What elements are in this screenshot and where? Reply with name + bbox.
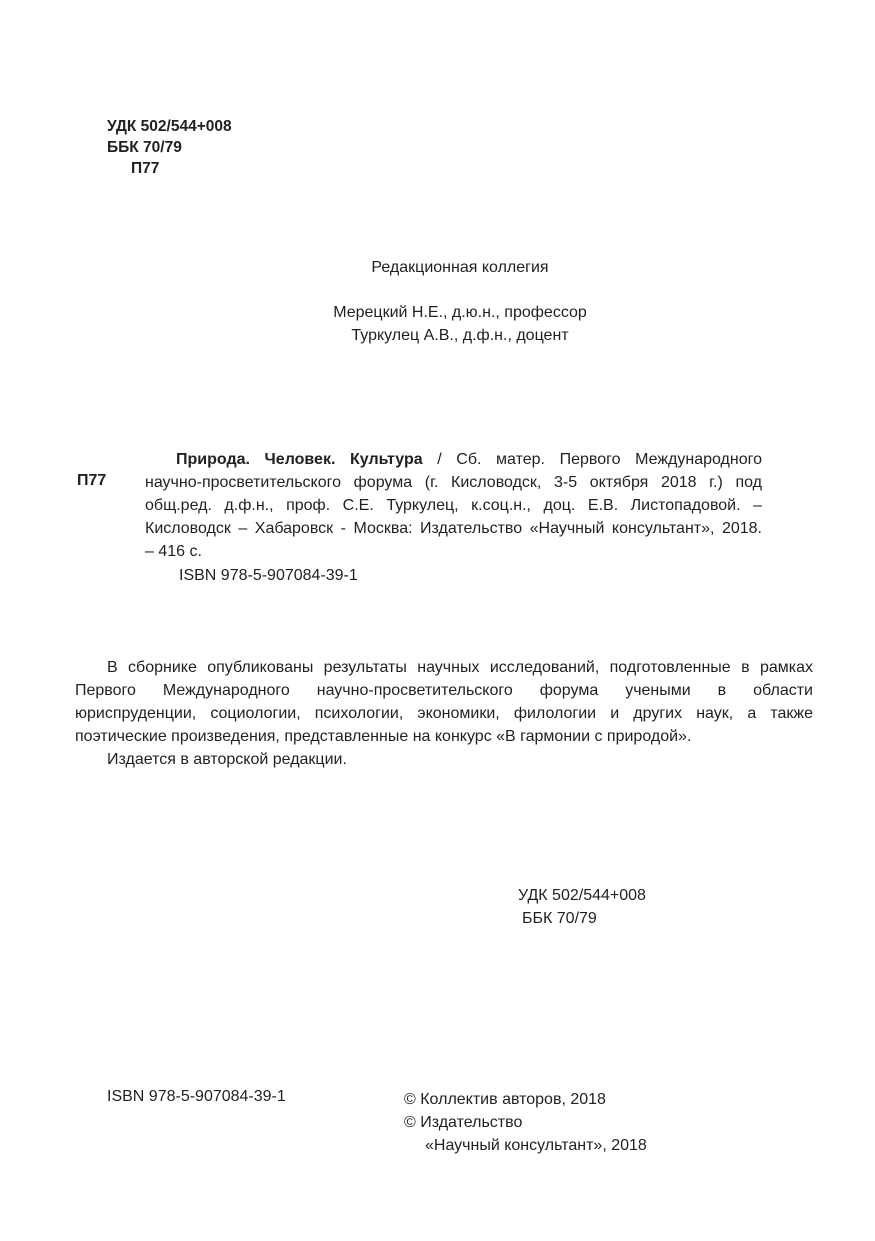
editorial-board-title: Редакционная коллегия [20,256,875,279]
udk-code: УДК 502/544+008 [518,884,646,907]
abstract-line: поэтические произведения, представленные… [75,725,813,748]
edition-note: Издается в авторской редакции. [75,748,813,771]
copyright-authors: © Коллектив авторов, 2018 [404,1088,647,1111]
biblio-isbn: ISBN 978-5-907084-39-1 [179,567,358,585]
copyright-block: © Коллектив авторов, 2018 © Издательство… [404,1088,647,1157]
classification-codes-footer: УДК 502/544+008 ББК 70/79 [518,884,646,930]
book-title: Природа. Человек. Культура [176,451,423,468]
bibliographic-author-mark: П77 [77,472,106,490]
bbk-code: ББК 70/79 [107,137,232,158]
abstract: В сборнике опубликованы результаты научн… [75,656,813,771]
abstract-line: Первого Международного научно-просветите… [75,679,813,702]
footer-isbn: ISBN 978-5-907084-39-1 [107,1088,286,1106]
copyright-publisher-name: «Научный консультант», 2018 [404,1134,647,1157]
author-mark: П77 [107,158,232,179]
udk-code: УДК 502/544+008 [107,116,232,137]
biblio-line: – 416 с. [145,540,762,563]
editorial-board-members: Мерецкий Н.Е., д.ю.н., профессор Туркуле… [20,301,875,347]
biblio-line: общ.ред. д.ф.н., проф. С.Е. Туркулец, к.… [145,494,762,517]
bbk-code: ББК 70/79 [518,907,646,930]
board-member: Туркулец А.В., д.ф.н., доцент [20,324,875,347]
copyright-publisher: © Издательство [404,1111,647,1134]
bibliographic-record: Природа. Человек. Культура / Сб. матер. … [145,448,762,563]
abstract-line: юриспруденции, социологии, психологии, э… [75,702,813,725]
biblio-line: Природа. Человек. Культура / Сб. матер. … [145,448,762,471]
biblio-line: научно-просветительского форума (г. Кисл… [145,471,762,494]
abstract-line: В сборнике опубликованы результаты научн… [75,656,813,679]
biblio-line: Кисловодск – Хабаровск - Москва: Издател… [145,517,762,540]
board-member: Мерецкий Н.Е., д.ю.н., профессор [20,301,875,324]
classification-codes-header: УДК 502/544+008 ББК 70/79 П77 [107,116,232,179]
